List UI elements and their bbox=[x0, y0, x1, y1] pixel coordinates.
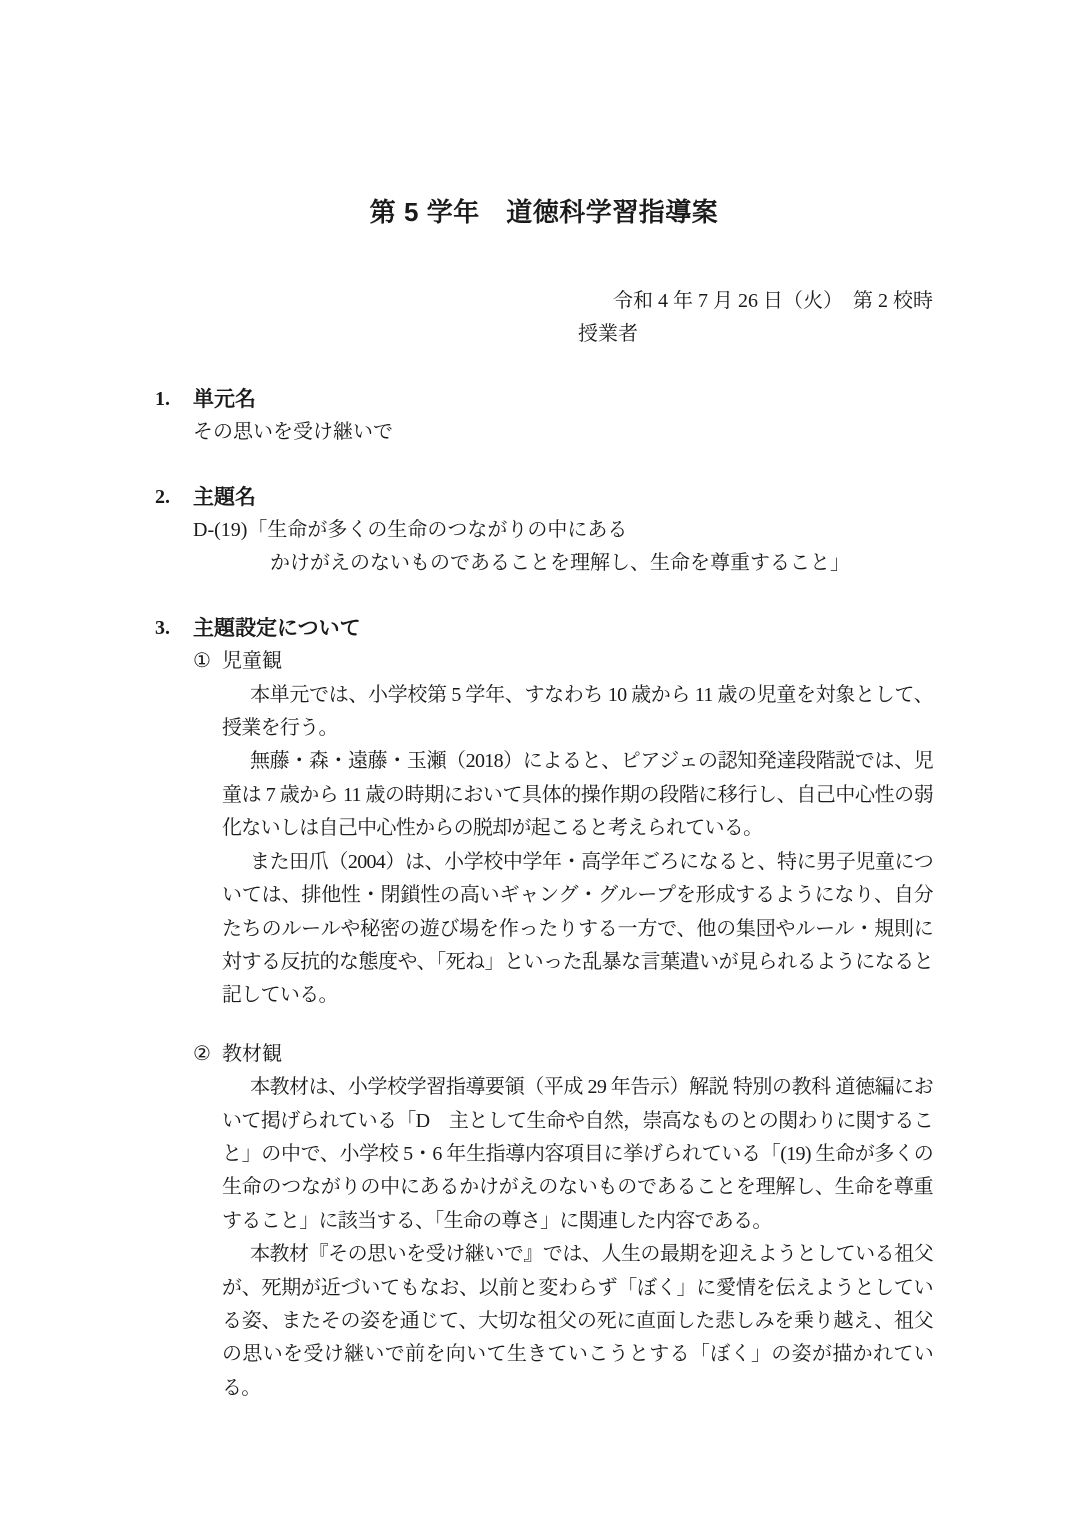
subsection-marker: ② bbox=[193, 1038, 222, 1071]
subsection-label-material-view: 教材観 bbox=[222, 1038, 282, 1071]
section-heading-unit-name: 単元名 bbox=[193, 383, 933, 416]
section-theme-name: 2. 主題名 D-(19)「生命が多くの生命のつながりの中にある かけがえのない… bbox=[155, 481, 933, 581]
child-view-paragraphs: 本単元では、小学校第 5 学年、すなわち 10 歳から 11 歳の児童を対象とし… bbox=[222, 679, 933, 1013]
document-page: 第 5 学年 道徳科学習指導案 令和 4 年 7 月 26 日（火） 第 2 校… bbox=[0, 0, 1076, 1522]
section-unit-name: 1. 単元名 その思いを受け継いで bbox=[155, 383, 933, 450]
subsection-marker: ① bbox=[193, 645, 222, 678]
material-view-paragraphs: 本教材は、小学校学習指導要領（平成 29 年告示）解説 特別の教科 道徳編におい… bbox=[222, 1071, 933, 1405]
section-heading-theme-rationale: 主題設定について bbox=[193, 612, 933, 645]
paragraph: 本教材『その思いを受け継いで』では、人生の最期を迎えようとしている祖父が、死期が… bbox=[222, 1238, 933, 1405]
section-theme-rationale: 3. 主題設定について ① 児童観 本単元では、小学校第 5 学年、すなわち 1… bbox=[155, 612, 933, 1405]
subsection-child-view: ① 児童観 本単元では、小学校第 5 学年、すなわち 10 歳から 11 歳の児… bbox=[193, 645, 933, 1012]
subsection-material-view: ② 教材観 本教材は、小学校学習指導要領（平成 29 年告示）解説 特別の教科 … bbox=[193, 1038, 933, 1405]
paragraph: 無藤・森・遠藤・玉瀬（2018）によると、ピアジェの認知発達段階説では、児童は … bbox=[222, 745, 933, 845]
section-heading-theme-name: 主題名 bbox=[193, 481, 933, 514]
subsection-label-child-view: 児童観 bbox=[222, 645, 282, 678]
section-number: 3. bbox=[155, 612, 193, 1405]
unit-name-text: その思いを受け継いで bbox=[193, 416, 933, 449]
date-line: 令和 4 年 7 月 26 日（火） 第 2 校時 bbox=[155, 285, 933, 318]
theme-code-line: D-(19)「生命が多くの生命のつながりの中にある bbox=[193, 514, 933, 547]
paragraph: 本単元では、小学校第 5 学年、すなわち 10 歳から 11 歳の児童を対象とし… bbox=[222, 679, 933, 746]
paragraph: また田爪（2004）は、小学校中学年・高学年ごろになると、特に男子児童については… bbox=[222, 846, 933, 1013]
document-meta: 令和 4 年 7 月 26 日（火） 第 2 校時 授業者 bbox=[155, 285, 933, 352]
section-number: 2. bbox=[155, 481, 193, 581]
theme-code-line-continued: かけがえのないものであることを理解し、生命を尊重すること」 bbox=[270, 547, 933, 580]
presenter-label: 授業者 bbox=[578, 318, 933, 351]
paragraph: 本教材は、小学校学習指導要領（平成 29 年告示）解説 特別の教科 道徳編におい… bbox=[222, 1071, 933, 1238]
section-number: 1. bbox=[155, 383, 193, 450]
document-title: 第 5 学年 道徳科学習指導案 bbox=[155, 195, 933, 229]
